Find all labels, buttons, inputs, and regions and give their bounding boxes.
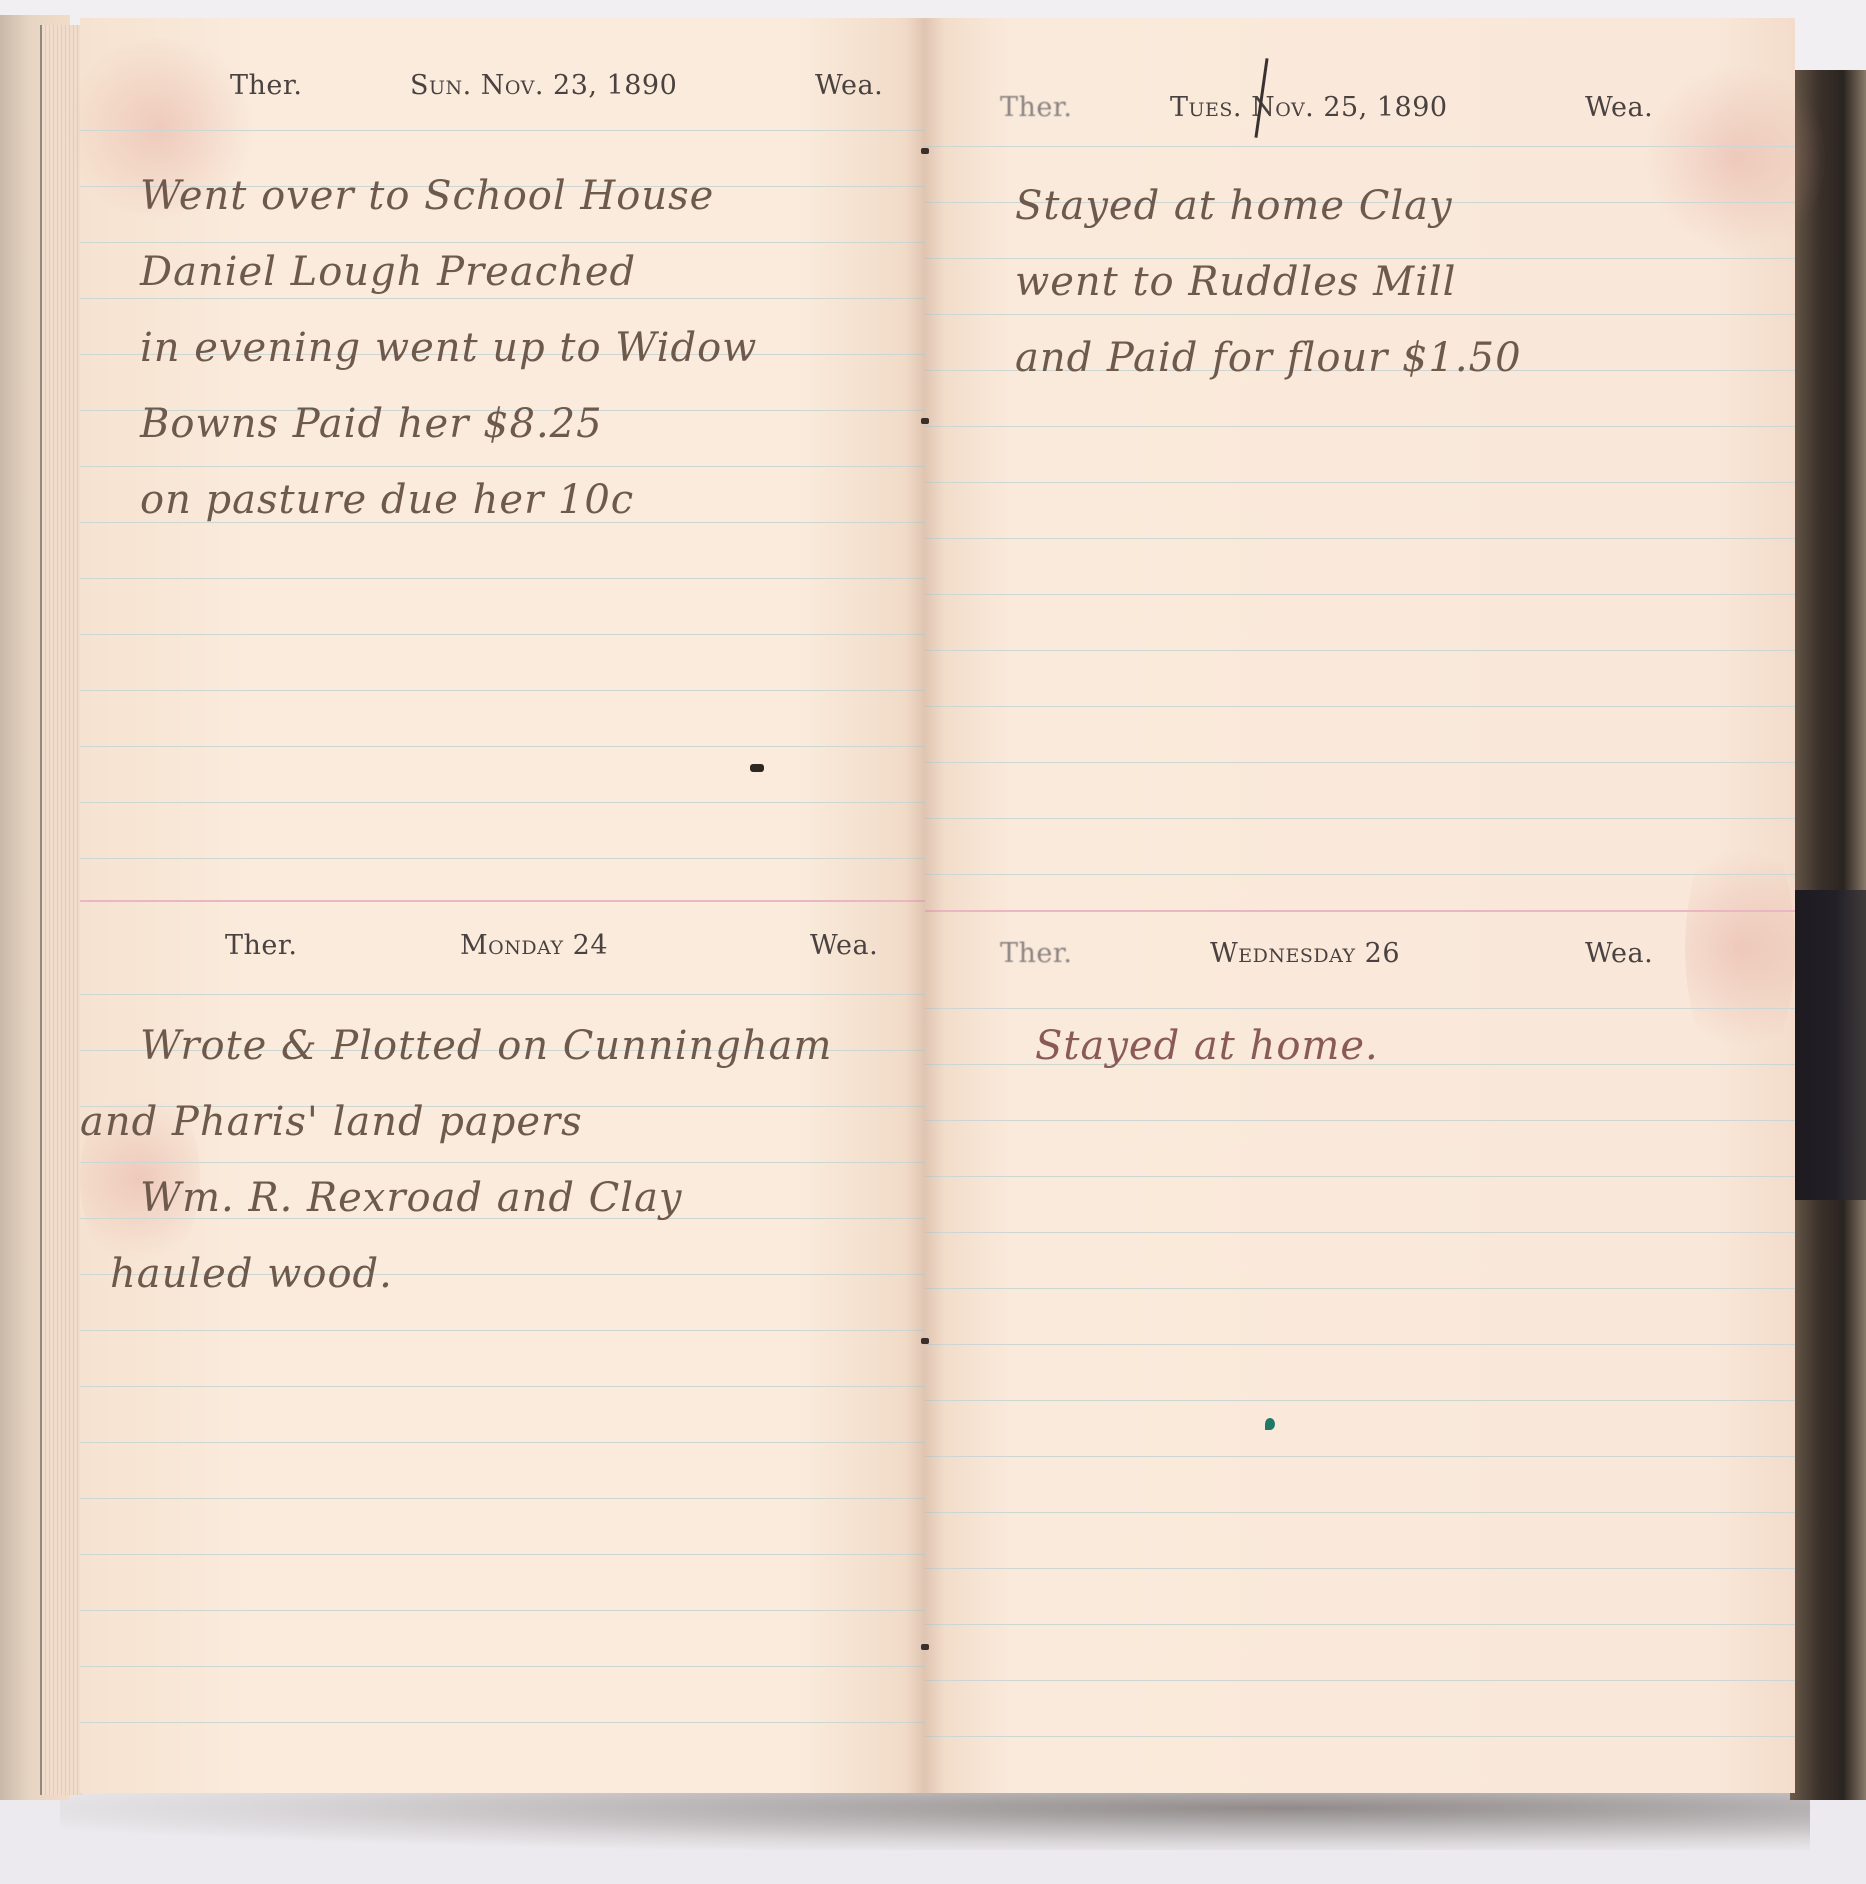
rule-line — [925, 538, 1795, 539]
right-page: Ther. Tues. Nov. 25, 1890 Wea. Stayed at… — [925, 18, 1795, 1793]
ink-spot — [750, 764, 764, 772]
rule-line — [80, 1666, 925, 1667]
date-heading: Tues. Nov. 25, 1890 — [1170, 92, 1448, 123]
thermometer-label: Ther. — [1000, 92, 1072, 123]
rule-line — [925, 1568, 1795, 1569]
entry-line: Daniel Lough Preached — [140, 234, 757, 310]
cover-dark-band — [1790, 890, 1866, 1200]
thermometer-label: Ther. — [230, 70, 302, 101]
rule-line — [80, 1386, 925, 1387]
rule-line — [925, 1176, 1795, 1177]
date-heading: Sun. Nov. 23, 1890 — [410, 70, 677, 101]
rule-line — [925, 1624, 1795, 1625]
book-cover-right-edge — [1790, 70, 1866, 1800]
rule-line — [925, 818, 1795, 819]
binding-stitch — [921, 418, 929, 424]
rule-line — [80, 802, 925, 803]
entry-line: on pasture due her 10c — [140, 462, 757, 538]
book-gutter — [905, 18, 945, 1793]
entry-divider-line — [925, 910, 1795, 912]
rule-line — [925, 1680, 1795, 1681]
rule-line — [80, 690, 925, 691]
water-stain — [1645, 58, 1825, 258]
rule-line — [80, 1722, 925, 1723]
entry-line: Wrote & Plotted on Cunningham — [80, 1008, 832, 1084]
entry-line: went to Ruddles Mill — [1015, 244, 1522, 320]
rule-line — [925, 762, 1795, 763]
entry-line: Stayed at home. — [1035, 1008, 1379, 1084]
diary-entry-text: Went over to School House Daniel Lough P… — [140, 158, 757, 538]
rule-line — [80, 1610, 925, 1611]
weather-label: Wea. — [1585, 938, 1653, 969]
entry-line: Wm. R. Rexroad and Clay — [80, 1160, 832, 1236]
weather-label: Wea. — [815, 70, 883, 101]
binding-stitch — [921, 1644, 929, 1650]
entry-line: and Paid for flour $1.50 — [1015, 320, 1522, 396]
water-stain — [1685, 818, 1795, 1078]
rule-line — [925, 650, 1795, 651]
rule-line — [80, 1498, 925, 1499]
rule-line — [80, 634, 925, 635]
entry-line: and Pharis' land papers — [80, 1084, 832, 1160]
rule-line — [925, 482, 1795, 483]
rule-line — [925, 146, 1795, 147]
rule-line — [80, 994, 925, 995]
entry-divider-line — [80, 900, 925, 902]
binding-stitch — [921, 1338, 929, 1344]
weather-label: Wea. — [810, 930, 878, 961]
rule-line — [80, 858, 925, 859]
entry-line: hauled wood. — [80, 1236, 832, 1312]
entry-line: Bowns Paid her $8.25 — [140, 386, 757, 462]
date-heading: Wednesday 26 — [1210, 938, 1400, 969]
rule-line — [925, 874, 1795, 875]
rule-line — [80, 746, 925, 747]
rule-line — [925, 1344, 1795, 1345]
rule-line — [925, 1232, 1795, 1233]
date-heading: Monday 24 — [460, 930, 608, 961]
rule-line — [80, 1554, 925, 1555]
rule-line — [925, 1512, 1795, 1513]
diary-entry-text: Stayed at home Clay went to Ruddles Mill… — [1015, 168, 1522, 396]
diary-entry-text: Stayed at home. — [1035, 1008, 1379, 1084]
rule-line — [80, 1330, 925, 1331]
rule-line — [925, 1288, 1795, 1289]
book-shadow — [60, 1790, 1810, 1850]
rule-line — [80, 130, 925, 131]
weather-label: Wea. — [1585, 92, 1653, 123]
rule-line — [925, 1456, 1795, 1457]
rule-line — [925, 594, 1795, 595]
page-stack-edge — [40, 25, 82, 1795]
entry-line: Went over to School House — [140, 158, 757, 234]
left-page: Ther. Sun. Nov. 23, 1890 Wea. Went over … — [80, 18, 925, 1793]
rule-line — [925, 1736, 1795, 1737]
thermometer-label: Ther. — [1000, 938, 1072, 969]
rule-line — [80, 1442, 925, 1443]
thermometer-label: Ther. — [225, 930, 297, 961]
rule-line — [925, 426, 1795, 427]
ink-spot-green — [1265, 1418, 1275, 1430]
rule-line — [925, 1400, 1795, 1401]
binding-stitch — [921, 148, 929, 154]
rule-line — [925, 1120, 1795, 1121]
entry-line: Stayed at home Clay — [1015, 168, 1522, 244]
diary-entry-text: Wrote & Plotted on Cunningham and Pharis… — [80, 1008, 832, 1312]
rule-line — [925, 706, 1795, 707]
rule-line — [80, 578, 925, 579]
entry-line: in evening went up to Widow — [140, 310, 757, 386]
